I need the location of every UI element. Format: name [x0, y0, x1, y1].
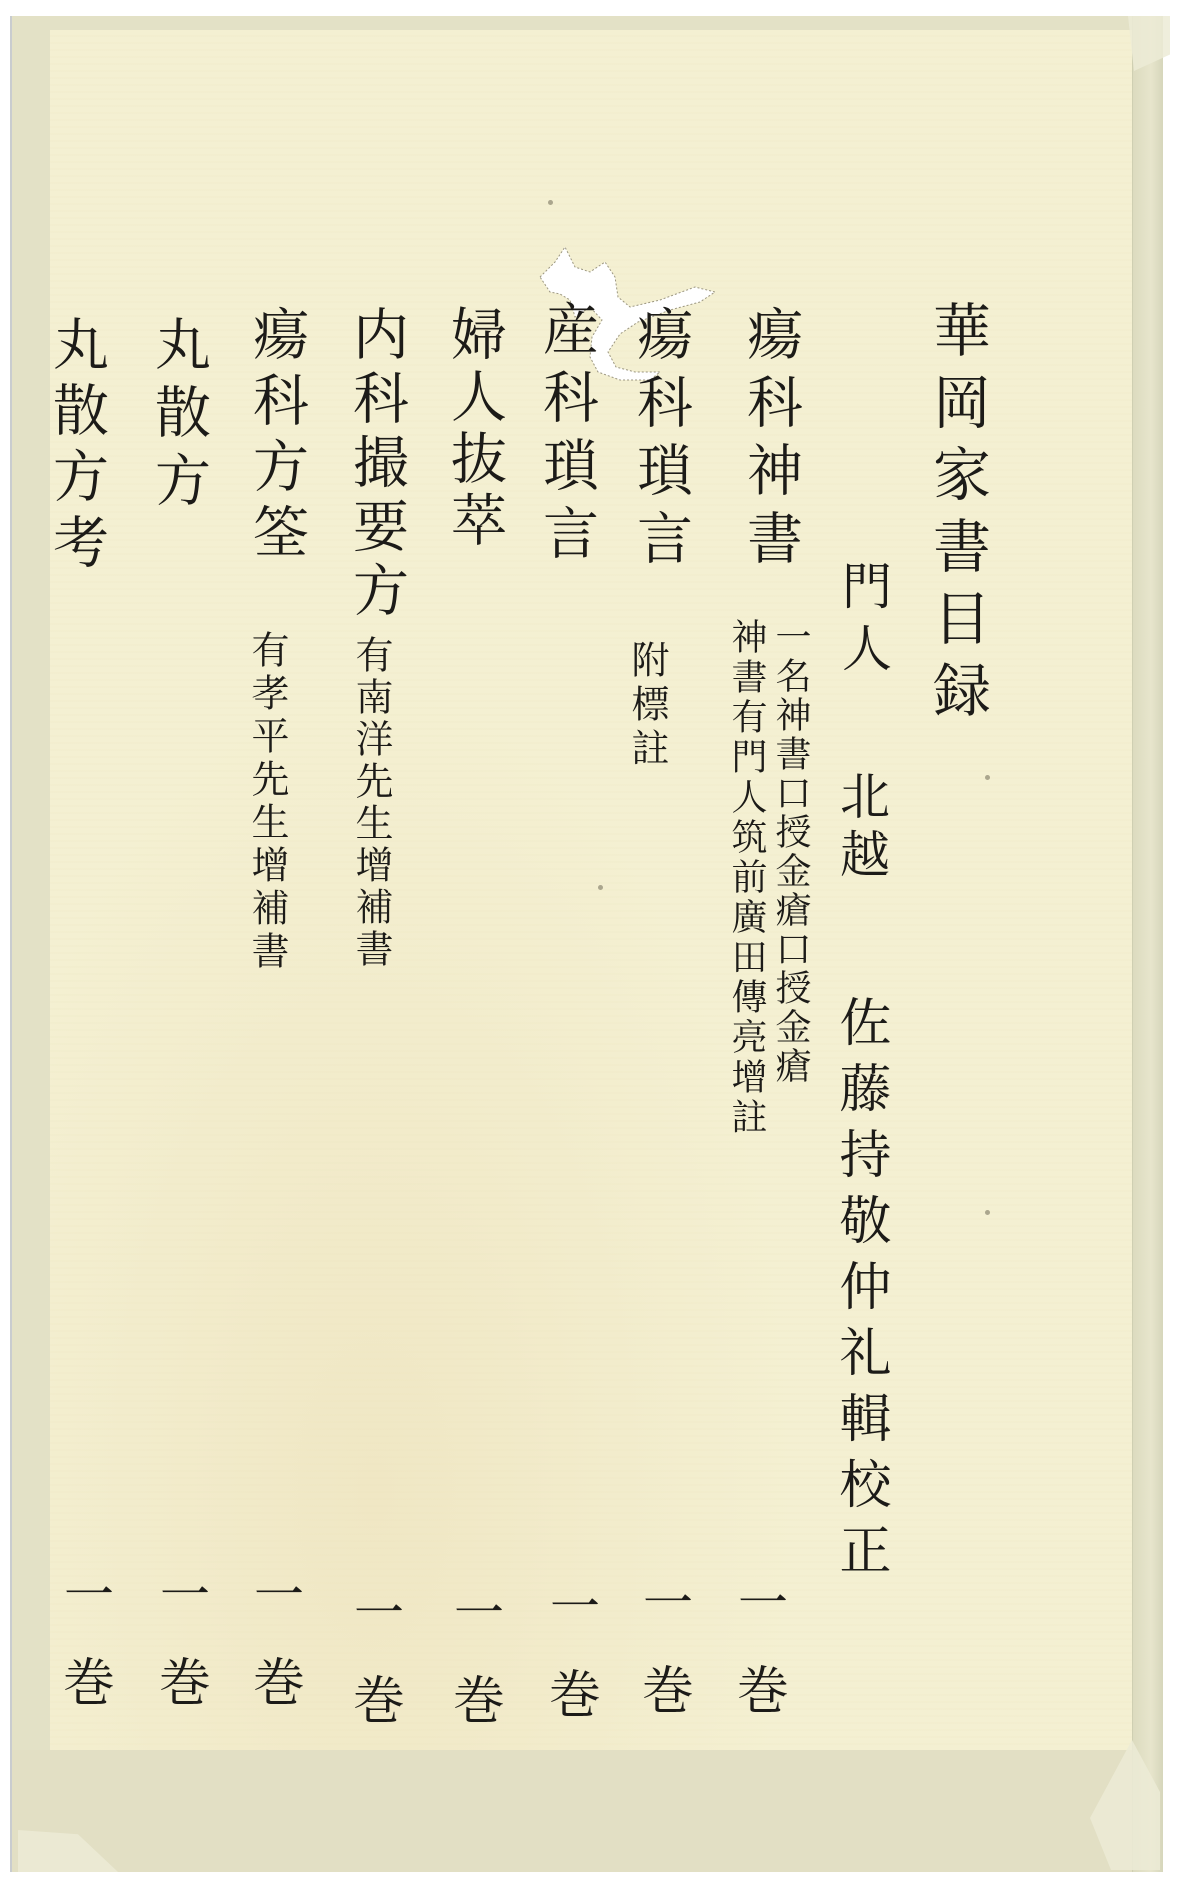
volume-count: 一 — [728, 1578, 798, 1628]
volume-mark-7: 一 巻 — [150, 1570, 220, 1710]
volume-mark-8: 一 巻 — [54, 1570, 124, 1710]
entry-title-4: 婦人抜萃 — [446, 305, 502, 553]
entry-note-right-1: 一名神書口授金瘡口授金瘡 — [772, 618, 808, 1086]
spine-fold-strip — [1132, 16, 1163, 1872]
volume-unit: 巻 — [54, 1658, 124, 1710]
entry-title-2: 瘍科瑣言 — [632, 305, 688, 577]
volume-mark-3: 一 巻 — [540, 1582, 610, 1722]
compiler-origin: 北越 — [836, 770, 886, 886]
entry-note-2: 附標註 — [628, 640, 666, 772]
volume-mark-1: 一 巻 — [728, 1578, 798, 1718]
compiler-name: 佐藤持敬仲礼輯校正 — [834, 995, 886, 1589]
paper-speck — [548, 200, 553, 205]
volume-unit: 巻 — [633, 1666, 703, 1718]
volume-count: 一 — [444, 1588, 514, 1638]
volume-unit: 巻 — [444, 1676, 514, 1728]
volume-count: 一 — [54, 1570, 124, 1620]
compiler-role: 門人 — [838, 560, 888, 684]
entry-title-1: 瘍科神書 — [742, 305, 798, 577]
catalog-title: 華岡家書目録 — [928, 300, 986, 732]
paper-speck — [985, 775, 990, 780]
volume-count: 一 — [540, 1582, 610, 1632]
paper-speck — [985, 1210, 990, 1215]
volume-unit: 巻 — [728, 1666, 798, 1718]
bottom-fold-flap — [12, 1750, 1162, 1872]
entry-title-8: 丸散方考 — [48, 315, 104, 579]
volume-count: 一 — [344, 1588, 414, 1638]
volume-count: 一 — [633, 1578, 703, 1628]
volume-mark-4: 一 巻 — [444, 1588, 514, 1728]
volume-unit: 巻 — [344, 1676, 414, 1728]
volume-unit: 巻 — [150, 1658, 220, 1710]
volume-mark-6: 一 巻 — [244, 1570, 314, 1710]
volume-mark-5: 一 巻 — [344, 1588, 414, 1728]
volume-count: 一 — [244, 1570, 314, 1620]
entry-title-3: 産科瑣言 — [538, 300, 594, 572]
volume-unit: 巻 — [244, 1658, 314, 1710]
volume-mark-2: 一 巻 — [633, 1578, 703, 1718]
entry-note-5: 有南洋先生增補書 — [352, 635, 390, 971]
volume-count: 一 — [150, 1570, 220, 1620]
volume-unit: 巻 — [540, 1670, 610, 1722]
paper-speck — [598, 885, 603, 890]
entry-note-left-1: 神書有門人筑前廣田傳亮增註 — [728, 618, 764, 1138]
entry-title-5: 内科撮要方 — [348, 305, 404, 625]
entry-title-7: 丸散方 — [150, 315, 206, 519]
entry-note-6: 有孝平先生增補書 — [248, 630, 286, 974]
entry-title-6: 瘍科方筌 — [248, 305, 304, 569]
